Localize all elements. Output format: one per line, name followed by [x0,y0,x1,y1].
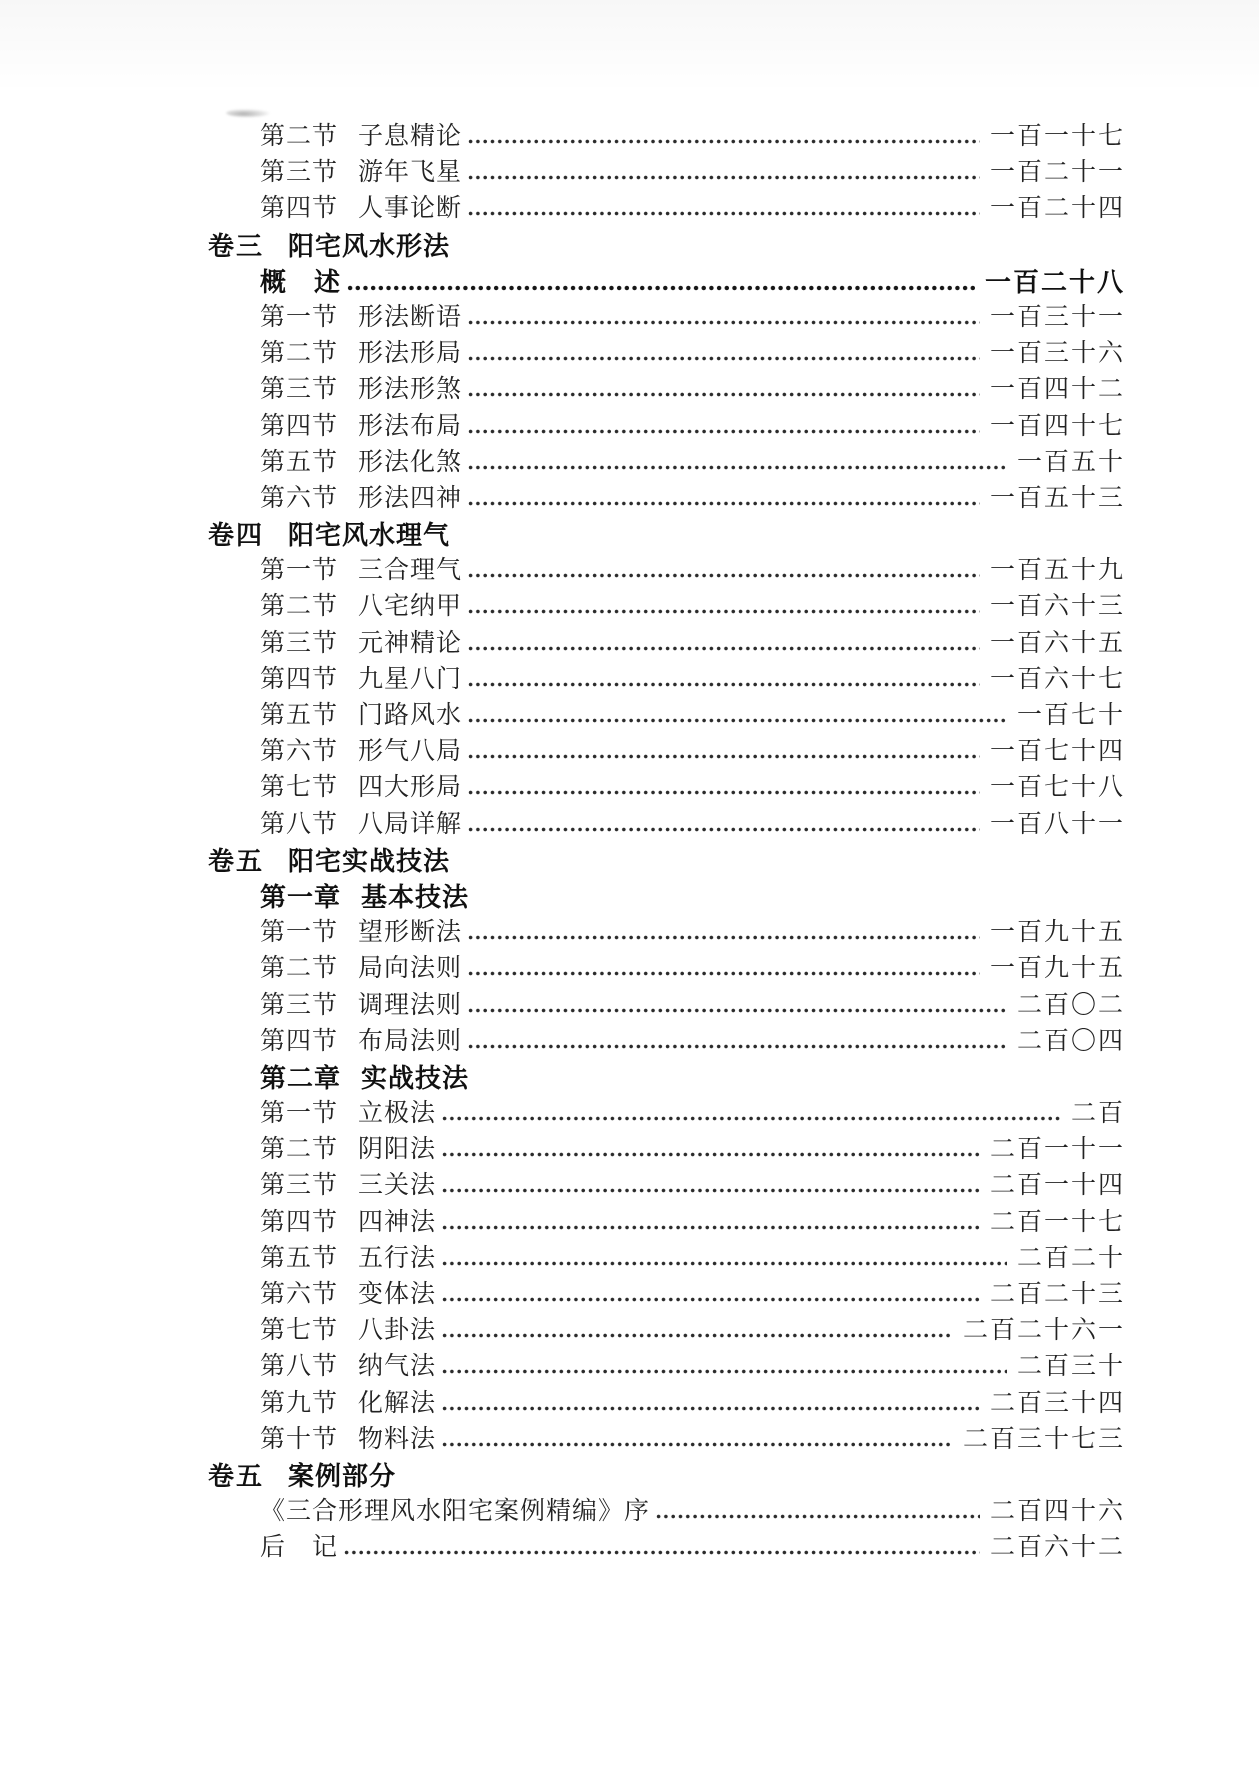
toc-entry-row: 后 记 二百六十二 [208,1530,1125,1566]
toc-entry-page: 一百八十一 [990,807,1125,843]
toc-entry-page: 二百二十六一 [963,1313,1125,1349]
toc-entry-page: 二百三十七三 [963,1422,1125,1458]
toc-entry-row: 第四节 人事论断 一百二十四 [208,191,1125,227]
toc-entry-row: 第一节 形法断语 一百三十一 [208,300,1125,336]
toc-entry-title: 局向法则 [358,951,462,987]
toc-entry-number: 第一节 [260,300,338,336]
toc-entry-row: 第三节 游年飞星 一百二十一 [208,155,1125,191]
toc-entry-number: 卷四 [208,517,264,553]
toc-entry-row: 第四节 四神法 二百一十七 [208,1205,1125,1241]
toc-entry-page: 二百三十四 [990,1386,1125,1422]
toc-entry-page: 二百一十四 [990,1168,1125,1204]
toc-entry-title: 阳宅风水理气 [288,517,450,553]
toc-entry-title: 五行法 [358,1241,436,1277]
toc-entry-page: 一百七十 [1017,698,1125,734]
toc-entry-title: 形法四神 [358,481,462,517]
toc-entry-row: 第一节 三合理气 一百五十九 [208,553,1125,589]
toc-entry-row: 第二节 阴阳法 二百一十一 [208,1132,1125,1168]
toc-entry-number: 第二节 [260,951,338,987]
toc-entry-row: 第三节 形法形煞 一百四十二 [208,372,1125,408]
toc-leader-dots [468,429,980,434]
toc-entry-row: 第四节 九星八门 一百六十七 [208,662,1125,698]
toc-entry-row: 卷五 案例部分 [208,1458,1125,1494]
toc-entry-page: 一百九十五 [990,915,1125,951]
toc-entry-title: 阳宅风水形法 [288,228,450,264]
toc-entry-page: 一百六十三 [990,589,1125,625]
toc-entry-row: 第五节 五行法 二百二十 [208,1241,1125,1277]
toc-entry-page: 二百三十 [1017,1349,1125,1385]
toc-leader-dots [468,1008,1007,1013]
toc-entry-title: 四神法 [358,1205,436,1241]
toc-entry-page: 二百二十 [1017,1241,1125,1277]
toc-entry-page: 二百〇二 [1017,988,1125,1024]
toc-entry-number: 第二节 [260,336,338,372]
toc-leader-dots [468,971,980,976]
toc-entry-row: 第七节 四大形局 一百七十八 [208,770,1125,806]
document-page: 第二节 子息精论 一百一十七 第三节 游年飞星 一百二十一 第四节 人事论断 一… [0,0,1259,1788]
toc-entry-number: 第六节 [260,1277,338,1313]
toc-entry-page: 一百二十四 [990,191,1125,227]
toc-leader-dots [468,465,1007,470]
toc-entry-number: 第三节 [260,1168,338,1204]
toc-entry-number: 第四节 [260,1024,338,1060]
toc-entry-row: 第三节 元神精论 一百六十五 [208,626,1125,662]
toc-entry-number: 第二节 [260,119,338,155]
toc-entry-page: 一百五十三 [990,481,1125,517]
toc-entry-title: 立极法 [358,1096,436,1132]
toc-entry-row: 第一节 望形断法 一百九十五 [208,915,1125,951]
toc-entry-number: 第七节 [260,770,338,806]
toc-entry-title: 人事论断 [358,191,462,227]
toc-entry-number: 第三节 [260,155,338,191]
toc-entry-number: 第三节 [260,988,338,1024]
toc-entry-row: 第五节 形法化煞 一百五十 [208,445,1125,481]
toc-leader-dots [442,1188,980,1193]
toc-entry-row: 第六节 形气八局 一百七十四 [208,734,1125,770]
toc-entry-title: 九星八门 [358,662,462,698]
toc-entry-number: 第六节 [260,734,338,770]
toc-entry-title: 纳气法 [358,1349,436,1385]
toc-entry-title: 三合理气 [358,553,462,589]
toc-entry-title: 变体法 [358,1277,436,1313]
scan-shading [0,0,1259,110]
toc-leader-dots [468,790,980,795]
toc-leader-dots [442,1333,953,1338]
toc-entry-title: 子息精论 [358,119,462,155]
toc-entry-page: 一百五十 [1017,445,1125,481]
toc-entry-row: 第二节 子息精论 一百一十七 [208,119,1125,155]
toc-entry-row: 第六节 形法四神 一百五十三 [208,481,1125,517]
toc-entry-page: 一百一十七 [990,119,1125,155]
toc-leader-dots [468,392,980,397]
toc-entry-number: 第十节 [260,1422,338,1458]
toc-entry-page: 一百三十六 [990,336,1125,372]
toc-entry-row: 第十节 物料法 二百三十七三 [208,1422,1125,1458]
toc-entry-page: 二百一十七 [990,1205,1125,1241]
toc-entry-number: 第一章 [260,879,341,915]
toc-entry-title: 概 述 [260,264,341,300]
toc-entry-title: 三关法 [358,1168,436,1204]
toc-entry-page: 一百二十八 [985,264,1125,300]
toc-entry-row: 第五节 门路风水 一百七十 [208,698,1125,734]
toc-entry-number: 第一节 [260,915,338,951]
toc-entry-page: 二百 [1071,1096,1125,1132]
toc-entry-title: 八局详解 [358,807,462,843]
toc-entry-title: 阴阳法 [358,1132,436,1168]
toc-entry-row: 第九节 化解法 二百三十四 [208,1386,1125,1422]
toc-entry-page: 一百三十一 [990,300,1125,336]
toc-entry-row: 第三节 调理法则 二百〇二 [208,988,1125,1024]
toc-entry-number: 第三节 [260,372,338,408]
toc-leader-dots [468,356,980,361]
toc-entry-title: 形法布局 [358,409,462,445]
toc-leader-dots [442,1116,1061,1121]
toc-entry-row: 卷四 阳宅风水理气 [208,517,1125,553]
toc-entry-title: 《三合形理风水阳宅案例精编》序 [260,1494,650,1530]
toc-entry-row: 第七节 八卦法 二百二十六一 [208,1313,1125,1349]
toc-entry-title: 八宅纳甲 [358,589,462,625]
toc-entry-title: 望形断法 [358,915,462,951]
toc-entry-number: 第四节 [260,1205,338,1241]
toc-entry-row: 第一节 立极法 二百 [208,1096,1125,1132]
toc-entry-row: 第二节 局向法则 一百九十五 [208,951,1125,987]
toc-entry-row: 第二节 形法形局 一百三十六 [208,336,1125,372]
toc-entry-number: 第四节 [260,662,338,698]
toc-entry-page: 一百七十四 [990,734,1125,770]
toc-entry-page: 二百二十三 [990,1277,1125,1313]
toc-leader-dots [468,320,980,325]
toc-entry-page: 一百四十七 [990,409,1125,445]
toc-leader-dots [344,1550,980,1555]
toc-entry-number: 卷三 [208,228,264,264]
toc-entry-title: 后 记 [260,1530,338,1566]
toc-entry-title: 游年飞星 [358,155,462,191]
toc-leader-dots [468,501,980,506]
toc-entry-row: 第二章 实战技法 [208,1060,1125,1096]
toc-entry-number: 第四节 [260,409,338,445]
toc-leader-dots [468,754,980,759]
toc-entry-number: 第六节 [260,481,338,517]
toc-entry-title: 调理法则 [358,988,462,1024]
toc-entry-title: 基本技法 [361,879,469,915]
toc-entry-title: 阳宅实战技法 [288,843,450,879]
toc-entry-page: 一百六十五 [990,626,1125,662]
toc-leader-dots [442,1297,980,1302]
toc-entry-row: 第四节 形法布局 一百四十七 [208,409,1125,445]
toc-leader-dots [468,682,980,687]
toc-entry-title: 元神精论 [358,626,462,662]
toc-entry-number: 第八节 [260,1349,338,1385]
toc-entry-page: 二百一十一 [990,1132,1125,1168]
toc-entry-row: 第二节 八宅纳甲 一百六十三 [208,589,1125,625]
toc-leader-dots [656,1514,980,1519]
toc-entry-page: 一百四十二 [990,372,1125,408]
toc-entry-number: 卷五 [208,843,264,879]
toc-entry-row: 第八节 八局详解 一百八十一 [208,807,1125,843]
toc-leader-dots [442,1442,953,1447]
toc-leader-dots [468,646,980,651]
toc-entry-title: 八卦法 [358,1313,436,1349]
toc-entry-number: 第五节 [260,445,338,481]
toc-leader-dots [442,1261,1007,1266]
toc-entry-title: 形法断语 [358,300,462,336]
toc-entry-page: 一百二十一 [990,155,1125,191]
toc-entry-number: 第二节 [260,1132,338,1168]
toc-entry-title: 布局法则 [358,1024,462,1060]
toc-entry-number: 第三节 [260,626,338,662]
toc-entry-page: 一百五十九 [990,553,1125,589]
toc-entry-row: 第一章 基本技法 [208,879,1125,915]
toc-entry-row: 第六节 变体法 二百二十三 [208,1277,1125,1313]
toc-leader-dots [468,139,980,144]
toc-entry-number: 第五节 [260,698,338,734]
toc-entry-row: 卷五 阳宅实战技法 [208,843,1125,879]
toc-leader-dots [468,827,980,832]
toc-entry-title: 形法形局 [358,336,462,372]
toc-entry-number: 第二章 [260,1060,341,1096]
scan-smudge-artifact [226,109,270,117]
toc-entry-number: 第七节 [260,1313,338,1349]
toc-entry-number: 第二节 [260,589,338,625]
toc-entry-row: 概 述 一百二十八 [208,264,1125,300]
toc-entry-row: 《三合形理风水阳宅案例精编》序 二百四十六 [208,1494,1125,1530]
toc-entry-row: 第四节 布局法则 二百〇四 [208,1024,1125,1060]
toc-entry-title: 化解法 [358,1386,436,1422]
toc-leader-dots [468,573,980,578]
toc-leader-dots [442,1152,980,1157]
toc-leader-dots [468,609,980,614]
toc-entry-page: 二百四十六 [990,1494,1125,1530]
toc-entry-number: 第五节 [260,1241,338,1277]
toc-entry-number: 第八节 [260,807,338,843]
toc-leader-dots [468,211,980,216]
toc-entry-number: 第九节 [260,1386,338,1422]
toc-leader-dots [468,718,1007,723]
toc-entry-title: 形气八局 [358,734,462,770]
table-of-contents: 第二节 子息精论 一百一十七 第三节 游年飞星 一百二十一 第四节 人事论断 一… [208,119,1125,1567]
toc-leader-dots [442,1225,980,1230]
toc-leader-dots [442,1369,1007,1374]
toc-leader-dots [347,285,975,291]
toc-entry-title: 形法化煞 [358,445,462,481]
toc-entry-row: 第八节 纳气法 二百三十 [208,1349,1125,1385]
toc-entry-page: 二百〇四 [1017,1024,1125,1060]
toc-entry-row: 第三节 三关法 二百一十四 [208,1168,1125,1204]
toc-entry-page: 一百九十五 [990,951,1125,987]
toc-entry-number: 第一节 [260,1096,338,1132]
toc-leader-dots [468,1044,1007,1049]
toc-leader-dots [442,1406,980,1411]
toc-entry-title: 形法形煞 [358,372,462,408]
toc-entry-title: 门路风水 [358,698,462,734]
toc-entry-title: 物料法 [358,1422,436,1458]
toc-entry-title: 实战技法 [361,1060,469,1096]
toc-entry-title: 四大形局 [358,770,462,806]
toc-leader-dots [468,175,980,180]
toc-entry-number: 卷五 [208,1458,264,1494]
toc-entry-number: 第一节 [260,553,338,589]
toc-entry-row: 卷三 阳宅风水形法 [208,228,1125,264]
toc-entry-page: 二百六十二 [990,1530,1125,1566]
toc-leader-dots [468,935,980,940]
toc-entry-page: 一百七十八 [990,770,1125,806]
toc-entry-title: 案例部分 [288,1458,396,1494]
toc-entry-number: 第四节 [260,191,338,227]
toc-entry-page: 一百六十七 [990,662,1125,698]
